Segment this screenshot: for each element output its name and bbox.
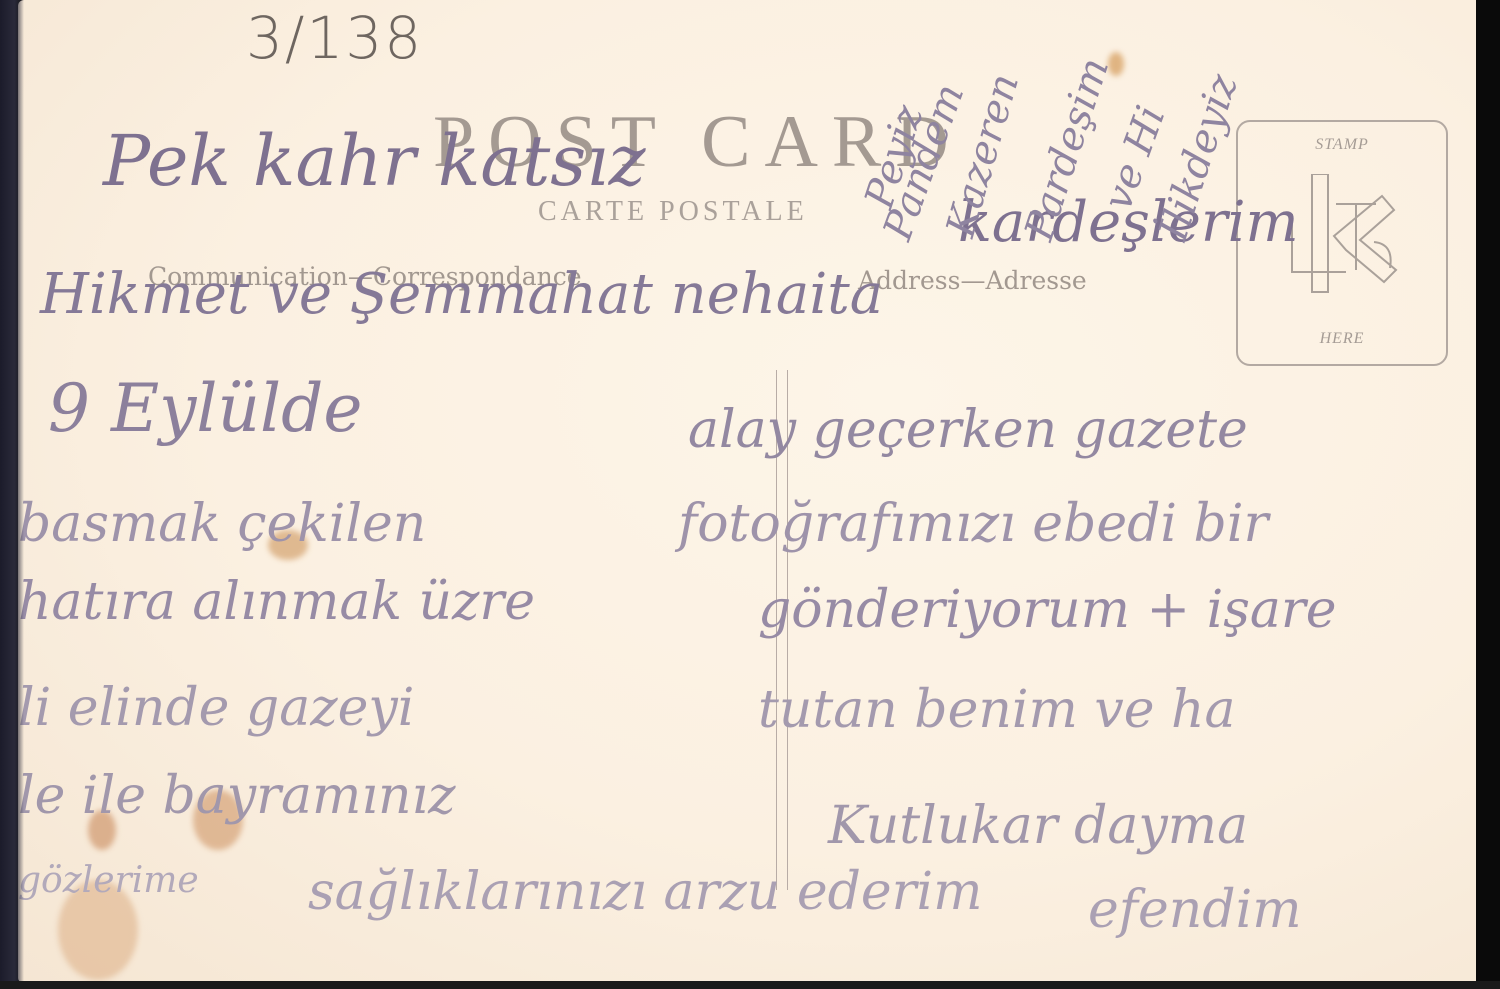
lk-monogram-icon: [1286, 174, 1402, 304]
handwritten-margin-word: gözlerime: [18, 860, 199, 901]
stamp-bottom-text: HERE: [1238, 330, 1446, 348]
catalog-number: 3/138: [246, 4, 423, 72]
handwritten-signature: efendim: [1088, 880, 1302, 940]
postcard-back: 3/138 POST CARD CARTE POSTALE Communicat…: [18, 0, 1478, 982]
handwritten-line-5: hatıra alınmak üzre: [18, 572, 535, 632]
handwritten-line-7: le ile bayramınız: [18, 766, 455, 826]
scan-edge-right: [1476, 0, 1500, 989]
handwritten-line-7-end: Kutlukar dayma: [828, 796, 1248, 856]
scan-edge-left: [0, 0, 24, 989]
handwritten-line-2: Hikmet ve Şemmahat nehaita: [40, 262, 883, 327]
handwritten-line-6-end: tutan benim ve ha: [758, 680, 1236, 740]
handwritten-line-5-end: gönderiyorum + işare: [758, 580, 1337, 640]
handwritten-line-1: Pek kahr katsız: [103, 120, 645, 202]
address-label: Address—Adresse: [858, 266, 1087, 295]
handwritten-line-3-end: alay geçerken gazete: [688, 400, 1248, 460]
scan-edge-bottom: [0, 981, 1500, 989]
handwritten-line-4-end: fotoğrafımızı ebedi bir: [678, 494, 1268, 554]
handwritten-line-8: sağlıklarınızı arzu ederim: [308, 862, 982, 922]
handwritten-line-3: 9 Eylülde: [48, 370, 362, 447]
handwritten-line-4: basmak çekilen: [18, 494, 426, 554]
stamp-top-text: STAMP: [1238, 136, 1446, 154]
handwritten-line-6: li elinde gazeyi: [18, 678, 414, 738]
